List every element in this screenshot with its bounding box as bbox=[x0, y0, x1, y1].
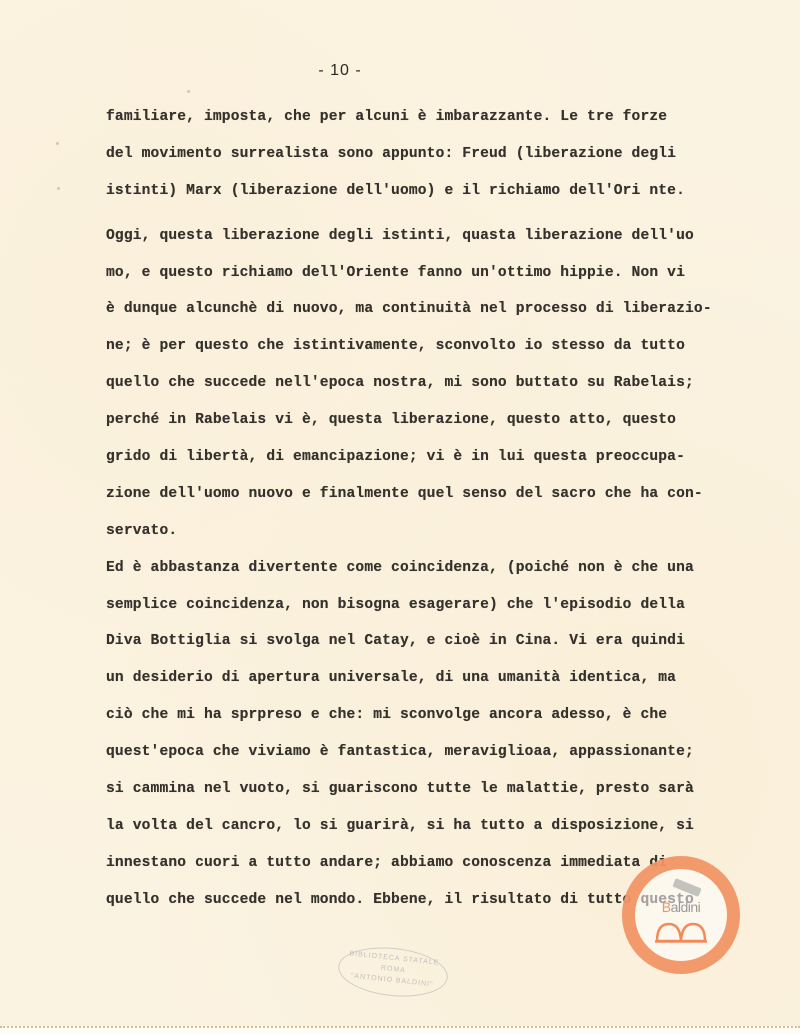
text-line: familiare, imposta, che per alcuni è imb… bbox=[106, 105, 766, 142]
text-line: servato. bbox=[106, 519, 766, 556]
paper-speck bbox=[57, 187, 60, 190]
text-line: un desiderio di apertura universale, di … bbox=[106, 666, 766, 703]
text-line: grido di libertà, di emancipazione; vi è… bbox=[106, 445, 766, 482]
text-line: del movimento surrealista sono appunto: … bbox=[106, 142, 766, 179]
watermark-text: Baldini bbox=[635, 899, 727, 915]
text-line: ne; è per questo che istintivamente, sco… bbox=[106, 334, 766, 371]
pen-icon bbox=[672, 878, 701, 897]
text-line: semplice coincidenza, non bisogna esager… bbox=[106, 593, 766, 630]
paragraph-start-line: Ed è abbastanza divertente come coincide… bbox=[106, 556, 766, 593]
text-line: mo, e questo richiamo dell'Oriente fanno… bbox=[106, 261, 766, 298]
paper-page: - 10 - familiare, imposta, che per alcun… bbox=[0, 0, 800, 1035]
text-line: quello che succede nell'epoca nostra, mi… bbox=[106, 371, 766, 408]
paper-speck bbox=[187, 90, 190, 93]
text-line: istinti) Marx (liberazione dell'uomo) e … bbox=[106, 179, 766, 216]
text-line: Diva Bottiglia si svolga nel Catay, e ci… bbox=[106, 629, 766, 666]
page-bottom-edge bbox=[0, 1026, 800, 1035]
paper-speck bbox=[56, 142, 59, 145]
paragraph-start-line: Oggi, questa liberazione degli istinti, … bbox=[106, 224, 766, 261]
text-line: la volta del cancro, lo si guarirà, si h… bbox=[106, 814, 766, 851]
text-line: è dunque alcunchè di nuovo, ma continuit… bbox=[106, 297, 766, 334]
text-line: ciò che mi ha sprpreso e che: mi sconvol… bbox=[106, 703, 766, 740]
page-number: - 10 - bbox=[0, 62, 680, 80]
library-stamp: BIBLIOTECA STATALE ROMA "ANTONIO BALDINI… bbox=[336, 942, 450, 1001]
text-line: zione dell'uomo nuovo e finalmente quel … bbox=[106, 482, 766, 519]
typewritten-body: familiare, imposta, che per alcuni è imb… bbox=[106, 105, 766, 925]
text-line: quest'epoca che viviamo è fantastica, me… bbox=[106, 740, 766, 777]
open-book-icon bbox=[655, 921, 707, 943]
text-line: perché in Rabelais vi è, questa liberazi… bbox=[106, 408, 766, 445]
text-line: si cammina nel vuoto, si guariscono tutt… bbox=[106, 777, 766, 814]
baldini-watermark-logo: Baldini bbox=[622, 856, 740, 974]
